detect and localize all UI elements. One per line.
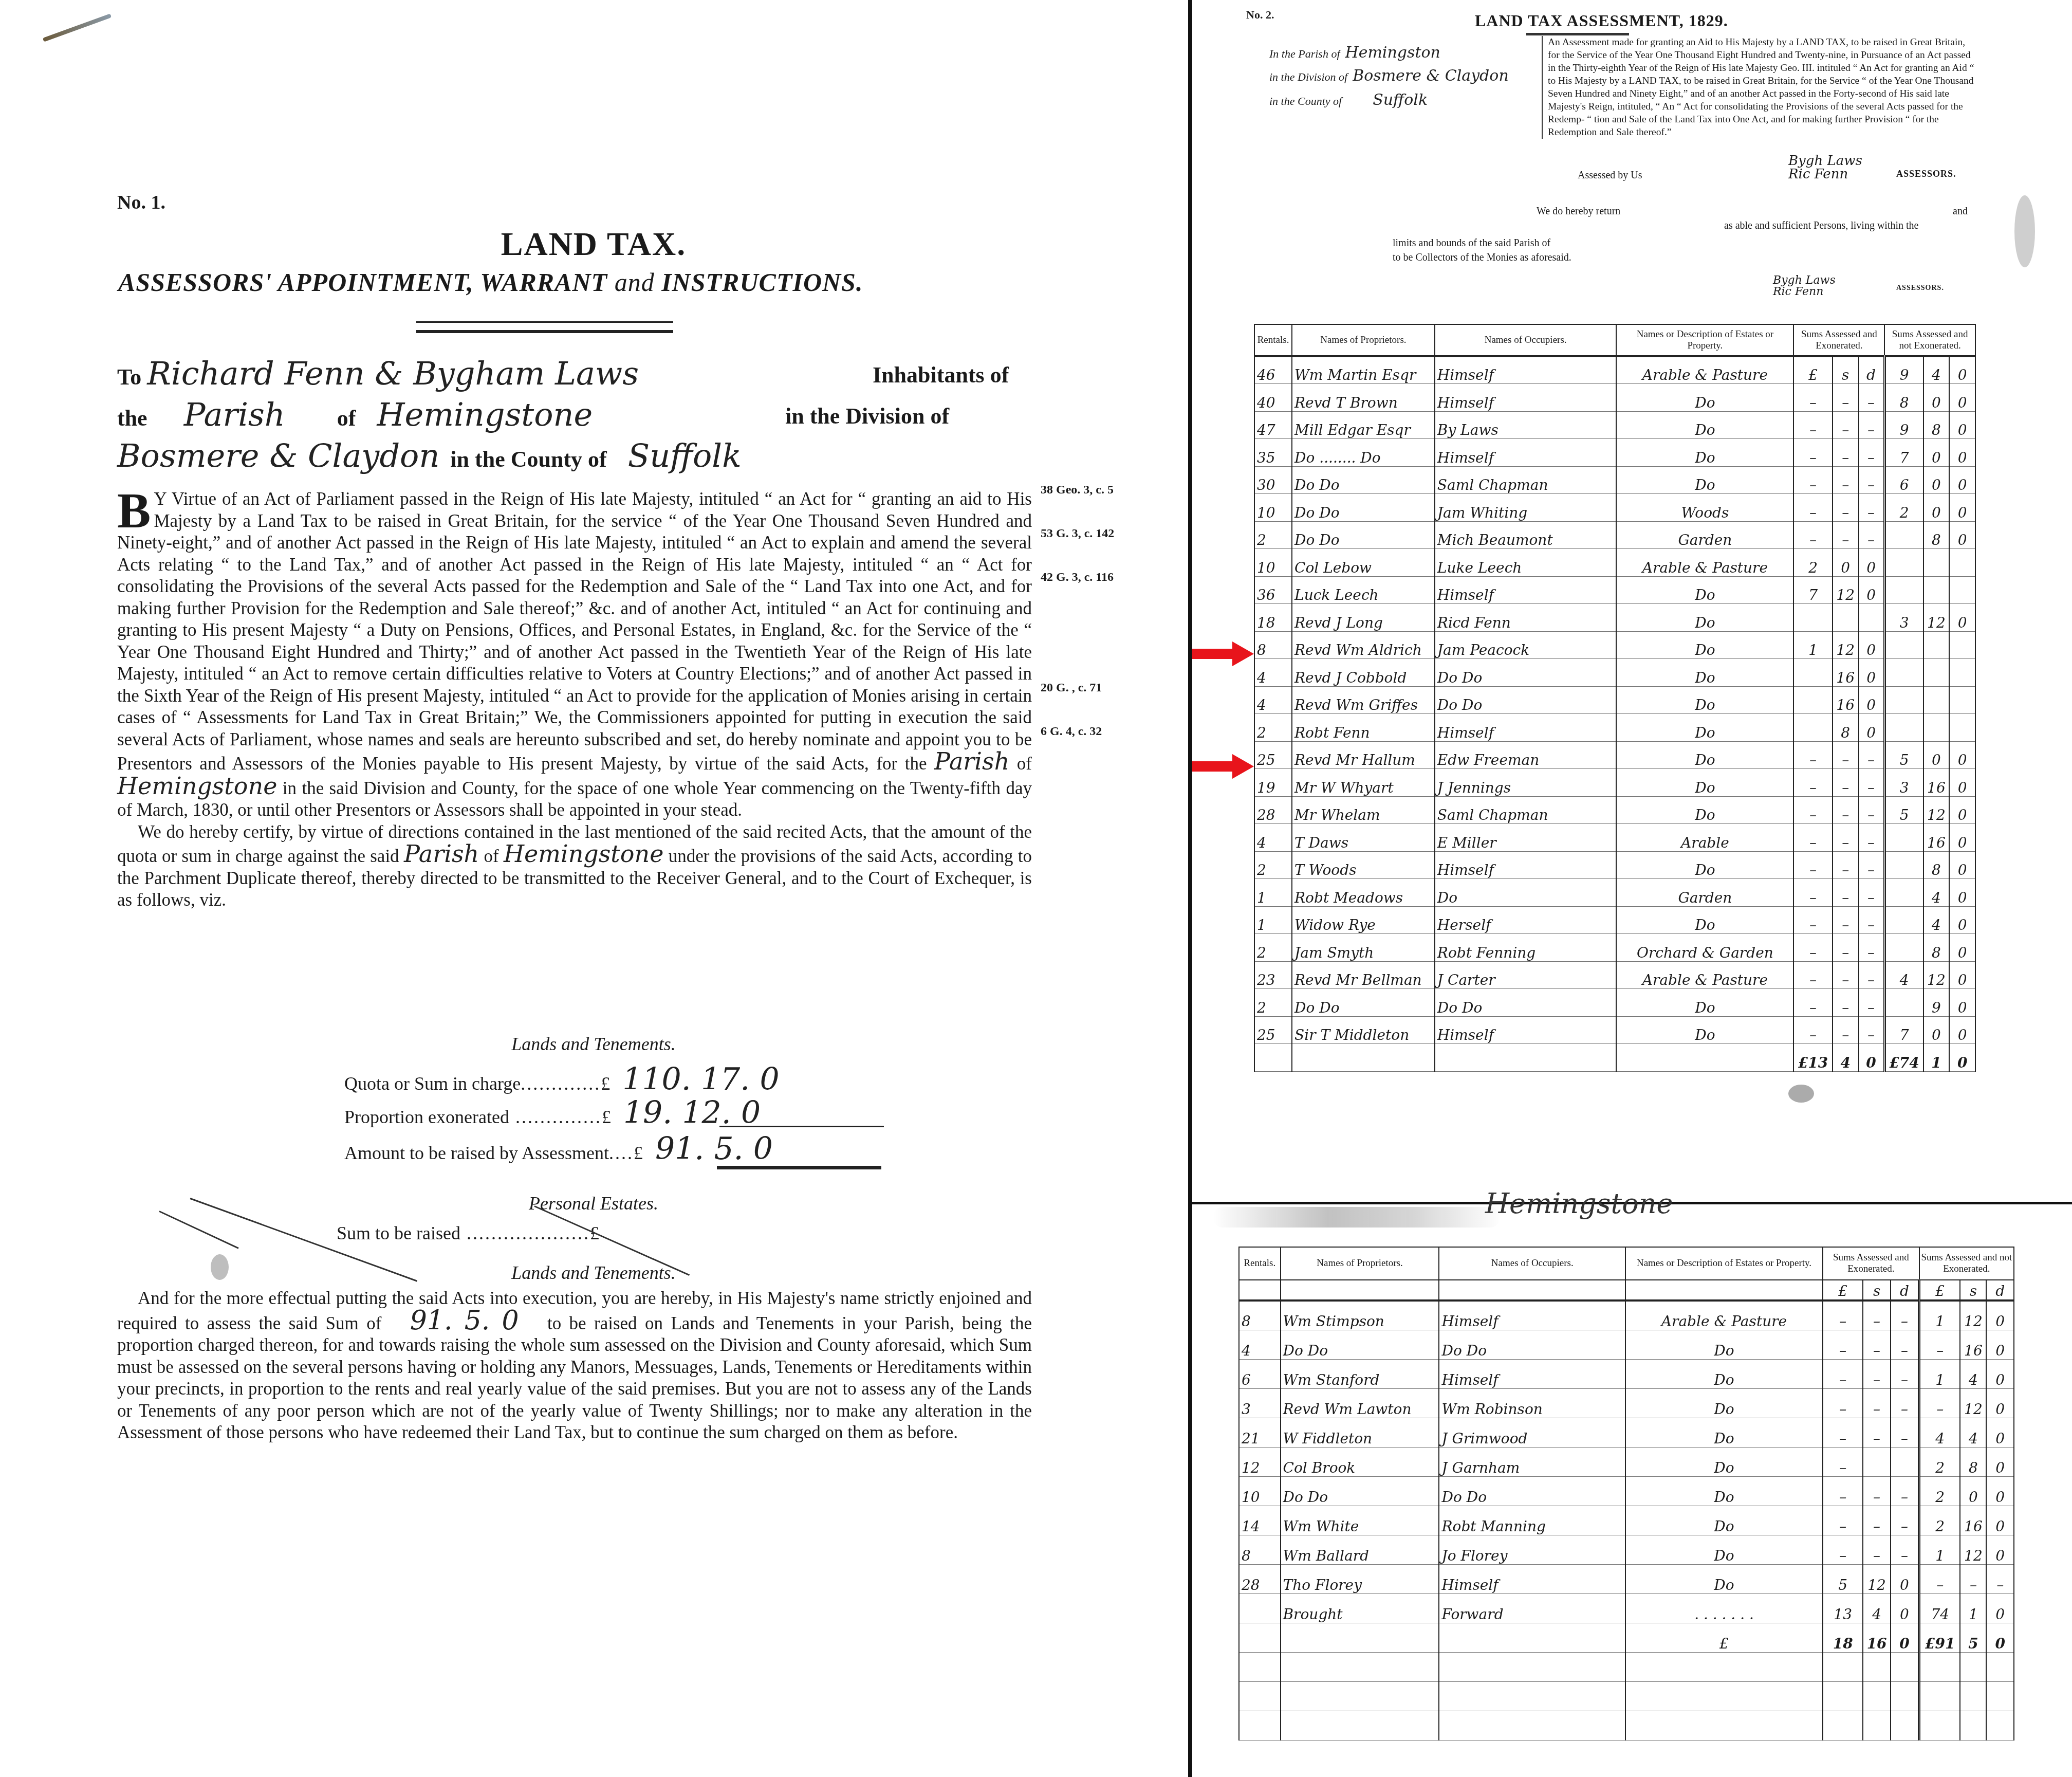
proprietor-cell: Do Do bbox=[1292, 521, 1435, 549]
exonerated-pence: – bbox=[1891, 1418, 1919, 1447]
exonerated-pence: – bbox=[1859, 521, 1885, 549]
table-row: 4Revd J CobboldDo DoDo160 bbox=[1254, 659, 1975, 687]
exonerated-pence bbox=[1859, 604, 1885, 632]
exonerated-shillings: – bbox=[1833, 741, 1859, 769]
not-exonerated-pounds: 6 bbox=[1884, 466, 1923, 494]
exonerated-pounds bbox=[1793, 659, 1832, 687]
occupier-cell bbox=[1439, 1623, 1625, 1652]
county-line: in the County ofSuffolk bbox=[1269, 91, 1428, 109]
not-exonerated-shillings: – bbox=[1960, 1564, 1986, 1593]
exonerated-pence: – bbox=[1859, 769, 1885, 797]
estate-cell: . . . . . . . bbox=[1625, 1593, 1823, 1623]
table-row: 3Revd Wm LawtonWm RobinsonDo––––120 bbox=[1239, 1388, 2014, 1418]
estate-cell: Garden bbox=[1616, 521, 1793, 549]
not-exonerated-shillings: 8 bbox=[1923, 521, 1950, 549]
not-exonerated-shillings: 4 bbox=[1960, 1359, 1986, 1388]
rental-cell: 8 bbox=[1254, 631, 1292, 659]
not-exonerated-pence bbox=[1949, 576, 1975, 604]
exonerated-shillings: – bbox=[1833, 439, 1859, 467]
ink-blot bbox=[1788, 1085, 1814, 1103]
exonerated-pounds: – bbox=[1793, 494, 1832, 522]
exonerated-shillings: 4 bbox=[1833, 1044, 1859, 1072]
occupier-cell: Edw Freeman bbox=[1435, 741, 1617, 769]
not-exonerated-shillings: 12 bbox=[1923, 796, 1950, 824]
not-exonerated-shillings: 16 bbox=[1923, 824, 1950, 852]
margin-note: 6 G. 4, c. 32 bbox=[1041, 725, 1102, 739]
proprietor-cell: Mill Edgar Esqr bbox=[1292, 411, 1435, 439]
occupier-cell: By Laws bbox=[1435, 411, 1617, 439]
estate-cell bbox=[1616, 1044, 1793, 1072]
exonerated-pounds: – bbox=[1793, 851, 1832, 879]
occupier-cell: Jo Florey bbox=[1439, 1535, 1625, 1564]
rental-cell: 12 bbox=[1239, 1447, 1281, 1476]
exonerated-pounds: £13 bbox=[1793, 1044, 1832, 1072]
estate-cell: Do bbox=[1625, 1447, 1823, 1476]
estate-cell: Do bbox=[1616, 659, 1793, 687]
rental-cell bbox=[1239, 1623, 1281, 1652]
exonerated-shillings: – bbox=[1833, 494, 1859, 522]
exonerated-shillings: – bbox=[1833, 989, 1859, 1017]
exonerated-shillings: 12 bbox=[1833, 576, 1859, 604]
not-exonerated-pounds: 2 bbox=[1919, 1476, 1960, 1506]
table-row: 12Col BrookJ GarnhamDo–280 bbox=[1239, 1447, 2014, 1476]
proprietor-cell: Do Do bbox=[1292, 989, 1435, 1017]
not-exonerated-shillings: 1 bbox=[1960, 1593, 1986, 1623]
table-row: 25Revd Mr HallumEdw FreemanDo–––500 bbox=[1254, 741, 1975, 769]
sum-row-exonerated: Proportion exonerated ..............£19.… bbox=[344, 1095, 761, 1131]
table-row: 21W FiddletonJ GrimwoodDo–––440 bbox=[1239, 1418, 2014, 1447]
exonerated-pounds: 13 bbox=[1823, 1593, 1863, 1623]
not-exonerated-pence: – bbox=[1986, 1564, 2014, 1593]
estate-cell: Arable & Pasture bbox=[1616, 549, 1793, 577]
drop-cap: B bbox=[117, 490, 151, 532]
estate-cell: Do bbox=[1616, 769, 1793, 797]
not-exonerated-shillings: 4 bbox=[1923, 879, 1950, 907]
not-exonerated-pounds: £74 bbox=[1884, 1044, 1923, 1072]
exonerated-pounds bbox=[1823, 1652, 1863, 1681]
exonerated-pence: – bbox=[1859, 1016, 1885, 1044]
not-exonerated-pence bbox=[1949, 714, 1975, 742]
exonerated-pence: – bbox=[1891, 1506, 1919, 1535]
exonerated-pounds bbox=[1823, 1711, 1863, 1740]
estate-cell: Woods bbox=[1616, 494, 1793, 522]
not-exonerated-pence bbox=[1986, 1711, 2014, 1740]
not-exonerated-shillings: 0 bbox=[1960, 1476, 1986, 1506]
exonerated-pounds bbox=[1823, 1681, 1863, 1711]
exonerated-pence: 0 bbox=[1859, 631, 1885, 659]
occupier-cell: Do Do bbox=[1435, 989, 1617, 1017]
table-row: 8Revd Wm AldrichJam PeacockDo1120 bbox=[1254, 631, 1975, 659]
not-exonerated-shillings: 0 bbox=[1923, 1016, 1950, 1044]
col-proprietors: Names of Proprietors. bbox=[1281, 1247, 1439, 1280]
not-exonerated-pence: 0 bbox=[1986, 1388, 2014, 1418]
exonerated-pounds: – bbox=[1823, 1359, 1863, 1388]
not-exonerated-pence: 0 bbox=[1949, 879, 1975, 907]
estate-cell: Arable bbox=[1616, 824, 1793, 852]
not-exonerated-pence: 0 bbox=[1949, 1044, 1975, 1072]
proprietor-cell: Luck Leech bbox=[1292, 576, 1435, 604]
exonerated-shillings: – bbox=[1833, 466, 1859, 494]
occupier-cell: Wm Robinson bbox=[1439, 1388, 1625, 1418]
exonerated-pence: – bbox=[1859, 851, 1885, 879]
not-exonerated-pence bbox=[1949, 686, 1975, 714]
exonerated-pence: – bbox=[1859, 741, 1885, 769]
division-handwritten: Bosmere & Claydon bbox=[1353, 67, 1509, 85]
rental-cell bbox=[1239, 1652, 1281, 1681]
proprietor-cell: Do Do bbox=[1281, 1330, 1439, 1359]
sum-label: Amount to be raised by Assessment bbox=[344, 1143, 609, 1163]
not-exonerated-shillings bbox=[1923, 659, 1950, 687]
exonerated-pence: – bbox=[1891, 1476, 1919, 1506]
estate-cell: £ bbox=[1625, 1623, 1823, 1652]
not-exonerated-pounds bbox=[1884, 521, 1923, 549]
address-line-3: Bosmere & Claydon in the County of Suffo… bbox=[117, 437, 742, 474]
not-exonerated-pounds: 2 bbox=[1919, 1447, 1960, 1476]
exonerated-pence: – bbox=[1891, 1300, 1919, 1330]
not-exonerated-pounds: 3 bbox=[1884, 769, 1923, 797]
address-line-1: To Richard Fenn & Bygham Laws Inhabitant… bbox=[117, 355, 639, 392]
of-label: of bbox=[337, 406, 356, 431]
not-exonerated-pounds: – bbox=[1919, 1330, 1960, 1359]
exonerated-pence bbox=[1891, 1447, 1919, 1476]
rental-cell: 21 bbox=[1239, 1418, 1281, 1447]
not-exonerated-pence: 0 bbox=[1986, 1623, 2014, 1652]
occupier-cell: Himself bbox=[1435, 439, 1617, 467]
exonerated-pounds: – bbox=[1823, 1330, 1863, 1359]
table-row bbox=[1239, 1711, 2014, 1740]
exonerated-shillings bbox=[1863, 1652, 1890, 1681]
col-proprietors: Names of Proprietors. bbox=[1292, 324, 1435, 356]
exonerated-pounds: – bbox=[1793, 989, 1832, 1017]
table-row: 36Luck LeechHimselfDo7120 bbox=[1254, 576, 1975, 604]
not-exonerated-pounds: 1 bbox=[1919, 1300, 1960, 1330]
exonerated-pence: – bbox=[1859, 989, 1885, 1017]
not-exonerated-pence: 0 bbox=[1949, 1016, 1975, 1044]
division-label: in the Division of bbox=[1269, 70, 1347, 83]
not-exonerated-pounds bbox=[1884, 686, 1923, 714]
exonerated-shillings: – bbox=[1833, 796, 1859, 824]
proprietor-cell: Revd Mr Hallum bbox=[1292, 741, 1435, 769]
col-rentals: Rentals. bbox=[1254, 324, 1292, 356]
able-persons-label: as able and sufficient Persons, living w… bbox=[1724, 220, 1918, 232]
proprietor-cell: Wm White bbox=[1281, 1506, 1439, 1535]
occupier-cell: Himself bbox=[1435, 384, 1617, 412]
table-row: 18Revd J LongRicd FennDo3120 bbox=[1254, 604, 1975, 632]
not-exonerated-pence: 0 bbox=[1949, 494, 1975, 522]
rental-cell: 2 bbox=[1254, 851, 1292, 879]
body-of-label: of bbox=[1017, 754, 1032, 774]
table-row: 8Wm StimpsonHimselfArable & Pasture–––11… bbox=[1239, 1300, 2014, 1330]
table-row: 4T DawsE MillerArable–––160 bbox=[1254, 824, 1975, 852]
sum-value-handwritten: 91. 5. 0 bbox=[655, 1131, 773, 1167]
exonerated-pence: – bbox=[1859, 934, 1885, 962]
address-line-2: the Parish of Hemingstone in the Divisio… bbox=[117, 396, 593, 433]
exonerated-shillings: – bbox=[1833, 521, 1859, 549]
personal-sum-row: Sum to be raised ....................£ bbox=[337, 1222, 599, 1244]
exonerated-pounds: £ bbox=[1793, 356, 1832, 384]
occupier-cell: J Grimwood bbox=[1439, 1418, 1625, 1447]
assessment-table-lower: Rentals. Names of Proprietors. Names of … bbox=[1238, 1247, 2014, 1741]
county-handwritten: Suffolk bbox=[628, 437, 742, 474]
exonerated-pence: – bbox=[1859, 879, 1885, 907]
assessment-table-upper: Rentals. Names of Proprietors. Names of … bbox=[1254, 324, 1976, 1072]
not-exonerated-shillings: 9 bbox=[1923, 989, 1950, 1017]
proprietor-cell: Do Do bbox=[1292, 494, 1435, 522]
exonerated-pounds: 7 bbox=[1793, 576, 1832, 604]
table-row bbox=[1239, 1681, 2014, 1711]
proprietor-cell: Tho Florey bbox=[1281, 1564, 1439, 1593]
estate-cell: Arable & Pasture bbox=[1616, 356, 1793, 384]
rental-cell: 2 bbox=[1254, 521, 1292, 549]
exonerated-pounds: – bbox=[1823, 1447, 1863, 1476]
warrant-body-text-1: Y Virtue of an Act of Parliament passed … bbox=[117, 489, 1032, 774]
exonerated-pounds: – bbox=[1793, 934, 1832, 962]
estate-cell: Do bbox=[1625, 1506, 1823, 1535]
instructions-body: And for the more effectual putting the s… bbox=[117, 1288, 1032, 1444]
exonerated-pounds bbox=[1793, 686, 1832, 714]
exonerated-pence: d bbox=[1859, 356, 1885, 384]
not-exonerated-shillings bbox=[1923, 549, 1950, 577]
occupier-cell bbox=[1439, 1652, 1625, 1681]
not-exonerated-shillings bbox=[1960, 1681, 1986, 1711]
not-exonerated-pence: 0 bbox=[1949, 851, 1975, 879]
exonerated-pounds bbox=[1793, 714, 1832, 742]
rental-cell: 8 bbox=[1239, 1535, 1281, 1564]
proprietor-cell bbox=[1281, 1681, 1439, 1711]
table-row: 28Tho FloreyHimselfDo5120––– bbox=[1239, 1564, 2014, 1593]
exonerated-pounds: – bbox=[1793, 824, 1832, 852]
rental-cell bbox=[1254, 1044, 1292, 1072]
occupier-cell: Saml Chapman bbox=[1435, 796, 1617, 824]
table-row: 28Mr WhelamSaml ChapmanDo–––5120 bbox=[1254, 796, 1975, 824]
not-exonerated-pounds bbox=[1919, 1711, 1960, 1740]
total-row: £1340£7410 bbox=[1254, 1044, 1975, 1072]
exonerated-shillings bbox=[1833, 604, 1859, 632]
exonerated-pence: – bbox=[1891, 1535, 1919, 1564]
table-row bbox=[1239, 1652, 2014, 1681]
not-exonerated-pence: 0 bbox=[1949, 356, 1975, 384]
not-exonerated-shillings: 4 bbox=[1923, 906, 1950, 934]
unit-pence: d bbox=[1891, 1280, 1919, 1300]
proprietor-cell: Sir T Middleton bbox=[1292, 1016, 1435, 1044]
col-estates: Names or Description of Estates or Prope… bbox=[1616, 324, 1793, 356]
margin-note: 53 G. 3, c. 142 bbox=[1041, 527, 1114, 541]
not-exonerated-shillings: 0 bbox=[1923, 494, 1950, 522]
estate-cell: Do bbox=[1616, 906, 1793, 934]
rental-cell: 6 bbox=[1239, 1359, 1281, 1388]
not-exonerated-pence: 0 bbox=[1949, 769, 1975, 797]
exonerated-pounds: – bbox=[1823, 1535, 1863, 1564]
occupier-cell: Himself bbox=[1435, 851, 1617, 879]
not-exonerated-pence bbox=[1986, 1681, 2014, 1711]
not-exonerated-pounds bbox=[1884, 879, 1923, 907]
return-label: We do hereby return bbox=[1537, 206, 1620, 217]
rental-cell: 25 bbox=[1254, 741, 1292, 769]
exonerated-pounds: – bbox=[1823, 1506, 1863, 1535]
proprietor-cell: T Woods bbox=[1292, 851, 1435, 879]
occupier-cell: Do Do bbox=[1435, 686, 1617, 714]
exonerated-pence: – bbox=[1859, 961, 1885, 989]
rental-cell: 47 bbox=[1254, 411, 1292, 439]
table-row: 8Wm BallardJo FloreyDo–––1120 bbox=[1239, 1535, 2014, 1564]
exonerated-shillings: 16 bbox=[1863, 1623, 1890, 1652]
col-occupiers: Names of Occupiers. bbox=[1439, 1247, 1625, 1280]
not-exonerated-shillings: 8 bbox=[1923, 851, 1950, 879]
signature: Ric Fenn bbox=[1773, 286, 1836, 298]
proprietor-cell: Col Lebow bbox=[1292, 549, 1435, 577]
assess-sum-handwritten: 91. 5. 0 bbox=[410, 1305, 519, 1336]
exonerated-pounds: – bbox=[1823, 1476, 1863, 1506]
not-exonerated-shillings: 16 bbox=[1923, 769, 1950, 797]
not-exonerated-pence: 0 bbox=[1949, 796, 1975, 824]
occupier-cell: Ricd Fenn bbox=[1435, 604, 1617, 632]
not-exonerated-pounds: 5 bbox=[1884, 796, 1923, 824]
rental-cell: 3 bbox=[1239, 1388, 1281, 1418]
occupier-cell bbox=[1439, 1711, 1625, 1740]
not-exonerated-shillings: 0 bbox=[1923, 741, 1950, 769]
exonerated-pounds: – bbox=[1793, 879, 1832, 907]
rental-cell: 46 bbox=[1254, 356, 1292, 384]
exonerated-pence: 0 bbox=[1859, 686, 1885, 714]
estate-cell: Do bbox=[1616, 411, 1793, 439]
sum-row-quota: Quota or Sum in charge.............£110.… bbox=[344, 1061, 780, 1097]
rental-cell: 19 bbox=[1254, 769, 1292, 797]
exonerated-shillings: – bbox=[1863, 1506, 1890, 1535]
the-label: the bbox=[117, 406, 147, 431]
sum-label: Quota or Sum in charge bbox=[344, 1073, 521, 1094]
estate-cell: Arable & Pasture bbox=[1625, 1300, 1823, 1330]
not-exonerated-pence: 0 bbox=[1986, 1535, 2014, 1564]
not-exonerated-pence: 0 bbox=[1986, 1476, 2014, 1506]
exonerated-pence: – bbox=[1859, 824, 1885, 852]
not-exonerated-pence: 0 bbox=[1949, 439, 1975, 467]
occupier-cell: J Garnham bbox=[1439, 1447, 1625, 1476]
exonerated-pounds: – bbox=[1793, 411, 1832, 439]
exonerated-pence: 0 bbox=[1891, 1593, 1919, 1623]
estate-cell: Do bbox=[1616, 1016, 1793, 1044]
not-exonerated-shillings: 12 bbox=[1960, 1535, 1986, 1564]
col-not-exonerated: Sums Assessed and not Exonerated. bbox=[1919, 1247, 2014, 1280]
table-row: 47Mill Edgar EsqrBy LawsDo–––980 bbox=[1254, 411, 1975, 439]
division-line: in the Division ofBosmere & Claydon bbox=[1269, 67, 1509, 85]
assessors-names-handwritten: Richard Fenn & Bygham Laws bbox=[147, 355, 639, 392]
not-exonerated-pounds: 8 bbox=[1884, 384, 1923, 412]
not-exonerated-shillings bbox=[1923, 714, 1950, 742]
not-exonerated-pounds: 1 bbox=[1919, 1359, 1960, 1388]
not-exonerated-shillings: 5 bbox=[1960, 1623, 1986, 1652]
proprietor-cell: Mr W Whyart bbox=[1292, 769, 1435, 797]
exonerated-pounds: 2 bbox=[1793, 549, 1832, 577]
unit-pounds: £ bbox=[1919, 1280, 1960, 1300]
estate-cell: Garden bbox=[1616, 879, 1793, 907]
currency-symbol: £ bbox=[602, 1107, 611, 1127]
proprietor-cell: Do Do bbox=[1281, 1476, 1439, 1506]
estate-cell bbox=[1625, 1681, 1823, 1711]
not-exonerated-pence bbox=[1949, 631, 1975, 659]
table-row: 14Wm WhiteRobt ManningDo–––2160 bbox=[1239, 1506, 2014, 1535]
table-row: 25Sir T MiddletonHimselfDo–––700 bbox=[1254, 1016, 1975, 1044]
table-row: 6Wm StanfordHimselfDo–––140 bbox=[1239, 1359, 2014, 1388]
lands-heading-2: Lands and Tenements. bbox=[0, 1262, 1187, 1284]
personal-sum-label: Sum to be raised bbox=[337, 1223, 460, 1243]
occupier-cell: Himself bbox=[1435, 576, 1617, 604]
proprietor-cell: Brought bbox=[1281, 1593, 1439, 1623]
exonerated-pence bbox=[1891, 1652, 1919, 1681]
limits-label: limits and bounds of the said Parish of bbox=[1393, 237, 1550, 249]
exonerated-shillings: 8 bbox=[1833, 714, 1859, 742]
exonerated-pence: – bbox=[1859, 384, 1885, 412]
exonerated-pence: – bbox=[1859, 466, 1885, 494]
proprietor-cell: Revd Wm Aldrich bbox=[1292, 631, 1435, 659]
exonerated-shillings bbox=[1863, 1447, 1890, 1476]
rental-cell: 35 bbox=[1254, 439, 1292, 467]
rental-cell: 28 bbox=[1239, 1564, 1281, 1593]
unit-shillings: s bbox=[1863, 1280, 1890, 1300]
county-label: in the County of bbox=[450, 447, 606, 472]
collectors-label: to be Collectors of the Monies as afores… bbox=[1393, 252, 1571, 264]
total-row: £18160£9150 bbox=[1239, 1623, 2014, 1652]
total-rule bbox=[717, 1166, 881, 1169]
not-exonerated-shillings: 0 bbox=[1923, 384, 1950, 412]
rental-cell: 28 bbox=[1254, 796, 1292, 824]
not-exonerated-pounds: 4 bbox=[1884, 961, 1923, 989]
not-exonerated-pence: 0 bbox=[1986, 1593, 2014, 1623]
not-exonerated-pence: 0 bbox=[1949, 604, 1975, 632]
table-row: 2T WoodsHimselfDo–––80 bbox=[1254, 851, 1975, 879]
rental-cell: 4 bbox=[1254, 824, 1292, 852]
not-exonerated-pounds bbox=[1919, 1681, 1960, 1711]
table-row: 1Robt MeadowsDoGarden–––40 bbox=[1254, 879, 1975, 907]
occupier-cell: Himself bbox=[1435, 714, 1617, 742]
proprietor-cell bbox=[1292, 1044, 1435, 1072]
sum-value-handwritten: 110. 17. 0 bbox=[622, 1061, 779, 1097]
pin-icon bbox=[43, 13, 112, 42]
county-label: in the County of bbox=[1269, 95, 1342, 107]
rental-cell bbox=[1239, 1711, 1281, 1740]
not-exonerated-pence: 0 bbox=[1949, 906, 1975, 934]
rental-cell: 4 bbox=[1254, 686, 1292, 714]
occupier-cell: J Jennings bbox=[1435, 769, 1617, 797]
estate-cell: Do bbox=[1616, 466, 1793, 494]
exonerated-shillings: 4 bbox=[1863, 1593, 1890, 1623]
exonerated-pence: – bbox=[1891, 1388, 1919, 1418]
exonerated-pounds: – bbox=[1793, 796, 1832, 824]
estate-cell: Do bbox=[1625, 1564, 1823, 1593]
currency-symbol: £ bbox=[601, 1073, 610, 1094]
margin-note: 20 G. , c. 71 bbox=[1041, 681, 1102, 695]
not-exonerated-pounds: 1 bbox=[1919, 1535, 1960, 1564]
exonerated-shillings: – bbox=[1863, 1330, 1890, 1359]
exonerated-shillings: – bbox=[1833, 384, 1859, 412]
rental-cell: 30 bbox=[1254, 466, 1292, 494]
rental-cell: 2 bbox=[1254, 714, 1292, 742]
not-exonerated-pounds bbox=[1884, 714, 1923, 742]
not-exonerated-pounds: 9 bbox=[1884, 356, 1923, 384]
not-exonerated-pounds bbox=[1884, 549, 1923, 577]
proprietor-cell: Revd T Brown bbox=[1292, 384, 1435, 412]
sum-label: Proportion exonerated bbox=[344, 1107, 509, 1127]
col-estates: Names or Description of Estates or Prope… bbox=[1625, 1247, 1823, 1280]
not-exonerated-pence: 0 bbox=[1986, 1359, 2014, 1388]
estate-cell: Arable & Pasture bbox=[1616, 961, 1793, 989]
not-exonerated-shillings: 0 bbox=[1923, 466, 1950, 494]
exonerated-pounds: – bbox=[1823, 1418, 1863, 1447]
exonerated-shillings: – bbox=[1833, 411, 1859, 439]
rental-cell: 2 bbox=[1254, 934, 1292, 962]
page-edge-stain bbox=[2014, 195, 2035, 267]
not-exonerated-pounds: 3 bbox=[1884, 604, 1923, 632]
signature: Bygh Laws bbox=[1773, 275, 1836, 286]
